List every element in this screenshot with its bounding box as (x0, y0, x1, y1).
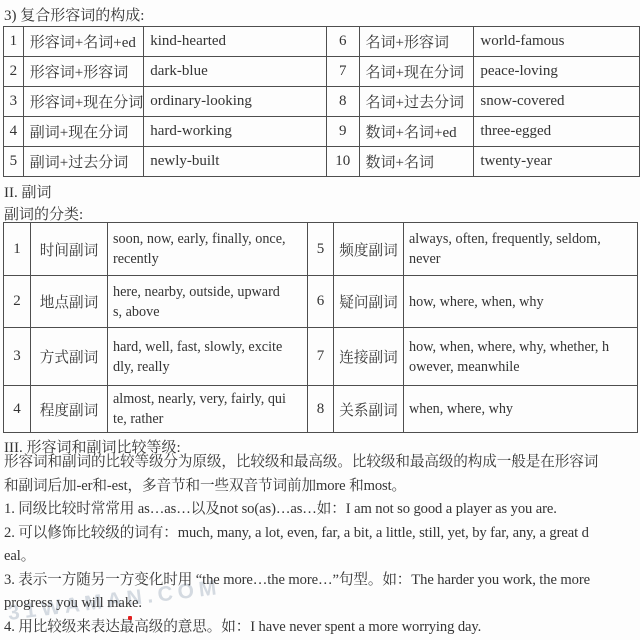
example-cell: three-egged (474, 117, 640, 147)
adverb-type-cell: 关系副词 (334, 386, 404, 433)
pattern-cell: 副词+现在分词 (23, 117, 143, 147)
pattern-cell: 数词+名词 (359, 147, 474, 177)
index-cell: 6 (326, 27, 359, 57)
example-cell: newly-built (144, 147, 327, 177)
table-row: 2 形容词+形容词 dark-blue 7 名词+现在分词 peace-lovi… (4, 57, 640, 87)
pattern-cell: 形容词+名词+ed (23, 27, 143, 57)
table-row: 3 形容词+现在分词 ordinary-looking 8 名词+过去分词 sn… (4, 87, 640, 117)
index-cell: 7 (308, 328, 334, 386)
pattern-cell: 形容词+形容词 (23, 57, 143, 87)
pattern-cell: 形容词+现在分词 (23, 87, 143, 117)
comparison-notes-paragraph: 形容词和副词的比较等级分为原级，比较级和最高级。比较级和最高级的构成一般是在形容… (4, 451, 598, 639)
compound-adjective-table: 1 形容词+名词+ed kind-hearted 6 名词+形容词 world-… (3, 26, 640, 177)
index-cell: 2 (4, 57, 24, 87)
example-cell: kind-hearted (144, 27, 327, 57)
adverb-type-cell: 疑问副词 (334, 276, 404, 328)
table-row: 4 副词+现在分词 hard-working 9 数词+名词+ed three-… (4, 117, 640, 147)
paragraph-line: 4. 用比较级来表达最高级的意思。如：I have never spent a … (4, 616, 598, 640)
adverb-type-cell: 频度副词 (334, 223, 404, 276)
paragraph-line: 形容词和副词的比较等级分为原级，比较级和最高级。比较级和最高级的构成一般是在形容… (4, 451, 598, 475)
adverb-type-cell: 程度副词 (31, 386, 108, 433)
index-cell: 5 (4, 147, 24, 177)
red-dot-artifact (128, 616, 132, 620)
index-cell: 1 (4, 223, 31, 276)
index-cell: 3 (4, 328, 31, 386)
index-cell: 4 (4, 386, 31, 433)
table-row: 1 时间副词 soon, now, early, finally, once, … (4, 223, 638, 276)
paragraph-line: 和副词后加-er和-est，多音节和一些双音节词前加more 和most。 (4, 475, 598, 499)
paragraph-line: 3. 表示一方随另一方变化时用 “the more…the more…”句型。如… (4, 569, 598, 593)
index-cell: 3 (4, 87, 24, 117)
example-cell: snow-covered (474, 87, 640, 117)
paragraph-line: progress you will make. (4, 592, 598, 616)
adverb-examples-cell: almost, nearly, very, fairly, qui te, ra… (108, 386, 308, 433)
paragraph-line: 2. 可以修饰比较级的词有：much, many, a lot, even, f… (4, 522, 598, 546)
adverb-type-cell: 时间副词 (31, 223, 108, 276)
table-row: 4 程度副词 almost, nearly, very, fairly, qui… (4, 386, 638, 433)
index-cell: 2 (4, 276, 31, 328)
adverb-examples-cell: always, often, frequently, seldom, never (404, 223, 638, 276)
example-cell: hard-working (144, 117, 327, 147)
example-cell: twenty-year (474, 147, 640, 177)
adverb-type-cell: 方式副词 (31, 328, 108, 386)
pattern-cell: 名词+现在分词 (359, 57, 474, 87)
pattern-cell: 名词+过去分词 (359, 87, 474, 117)
adverb-type-cell: 地点副词 (31, 276, 108, 328)
table-row: 2 地点副词 here, nearby, outside, upward s, … (4, 276, 638, 328)
adverb-examples-cell: when, where, why (404, 386, 638, 433)
adverb-examples-cell: here, nearby, outside, upward s, above (108, 276, 308, 328)
example-cell: world-famous (474, 27, 640, 57)
index-cell: 4 (4, 117, 24, 147)
adverb-examples-cell: soon, now, early, finally, once, recentl… (108, 223, 308, 276)
example-cell: peace-loving (474, 57, 640, 87)
paragraph-line: 1. 同级比较时常常用 as…as…以及not so(as)…as…如：I am… (4, 498, 598, 522)
pattern-cell: 副词+过去分词 (23, 147, 143, 177)
table-row: 5 副词+过去分词 newly-built 10 数词+名词 twenty-ye… (4, 147, 640, 177)
index-cell: 8 (308, 386, 334, 433)
adverb-examples-cell: how, when, where, why, whether, h owever… (404, 328, 638, 386)
index-cell: 5 (308, 223, 334, 276)
index-cell: 8 (326, 87, 359, 117)
index-cell: 1 (4, 27, 24, 57)
index-cell: 7 (326, 57, 359, 87)
index-cell: 6 (308, 276, 334, 328)
adverb-examples-cell: how, where, when, why (404, 276, 638, 328)
subheading-adverb-classification: 副词的分类: (4, 203, 83, 224)
index-cell: 10 (326, 147, 359, 177)
example-cell: dark-blue (144, 57, 327, 87)
pattern-cell: 名词+形容词 (359, 27, 474, 57)
adverb-type-cell: 连接副词 (334, 328, 404, 386)
pattern-cell: 数词+名词+ed (359, 117, 474, 147)
table-row: 3 方式副词 hard, well, fast, slowly, excite … (4, 328, 638, 386)
table-row: 1 形容词+名词+ed kind-hearted 6 名词+形容词 world-… (4, 27, 640, 57)
index-cell: 9 (326, 117, 359, 147)
example-cell: ordinary-looking (144, 87, 327, 117)
section-heading-adverbs: II. 副词 (4, 181, 52, 202)
adverb-examples-cell: hard, well, fast, slowly, excite dly, re… (108, 328, 308, 386)
paragraph-line: eal。 (4, 545, 598, 569)
section-heading-compound-adjectives: 3) 复合形容词的构成: (4, 4, 144, 25)
adverb-classification-table: 1 时间副词 soon, now, early, finally, once, … (3, 222, 638, 433)
